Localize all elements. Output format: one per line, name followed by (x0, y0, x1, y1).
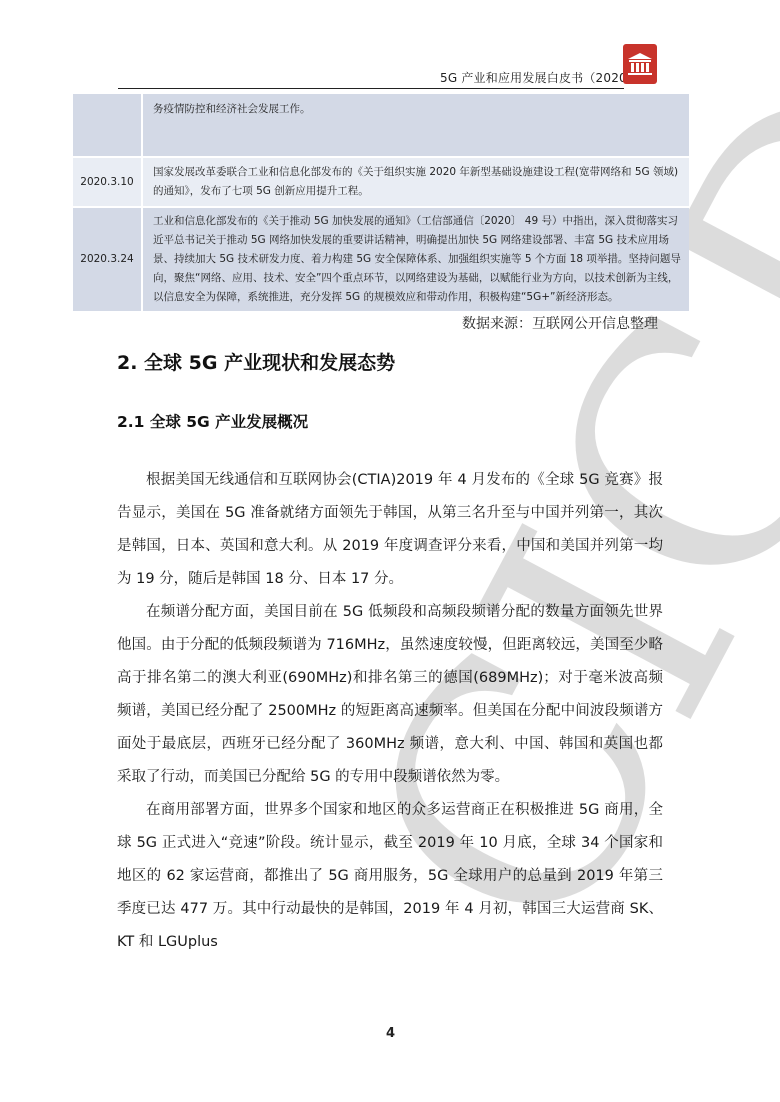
section-heading: 2. 全球 5G 产业现状和发展态势 (117, 348, 395, 375)
table-row: 2020.3.10 国家发展改革委联合工业和信息化部发布的《关于组织实施 202… (73, 157, 689, 207)
policy-events-table: 务疫情防控和经济社会发展工作。 2020.3.10 国家发展改革委联合工业和信息… (73, 94, 689, 313)
page-number: 4 (386, 1026, 395, 1041)
table-row: 务疫情防控和经济社会发展工作。 (73, 94, 689, 157)
event-description: 国家发展改革委联合工业和信息化部发布的《关于组织实施 2020 年新型基础设施建… (142, 157, 689, 207)
paragraph: 在频谱分配方面，美国目前在 5G 低频段和高频段频谱分配的数量方面领先世界他国。… (117, 596, 663, 794)
body-text: 根据美国无线通信和互联网协会(CTIA)2019 年 4 月发布的《全球 5G … (117, 464, 663, 959)
running-header-title: 5G 产业和应用发展白皮书（2020） (440, 69, 639, 86)
paragraph: 在商用部署方面，世界多个国家和地区的众多运营商正在积极推进 5G 商用，全球 5… (117, 794, 663, 959)
table-row: 2020.3.24 工业和信息化部发布的《关于推动 5G 加快发展的通知》（工信… (73, 207, 689, 312)
event-date: 2020.3.24 (73, 207, 142, 312)
data-source-note: 数据来源：互联网公开信息整理 (462, 313, 658, 333)
header-rule (118, 88, 624, 89)
event-date: 2020.3.10 (73, 157, 142, 207)
subsection-heading: 2.1 全球 5G 产业发展概况 (117, 410, 308, 432)
event-description: 务疫情防控和经济社会发展工作。 (142, 94, 689, 157)
building-columns-icon (626, 50, 654, 78)
publisher-logo (623, 44, 657, 84)
paragraph: 根据美国无线通信和互联网协会(CTIA)2019 年 4 月发布的《全球 5G … (117, 464, 663, 596)
event-description: 工业和信息化部发布的《关于推动 5G 加快发展的通知》（工信部通信〔2020〕 … (142, 207, 689, 312)
event-date (73, 94, 142, 157)
